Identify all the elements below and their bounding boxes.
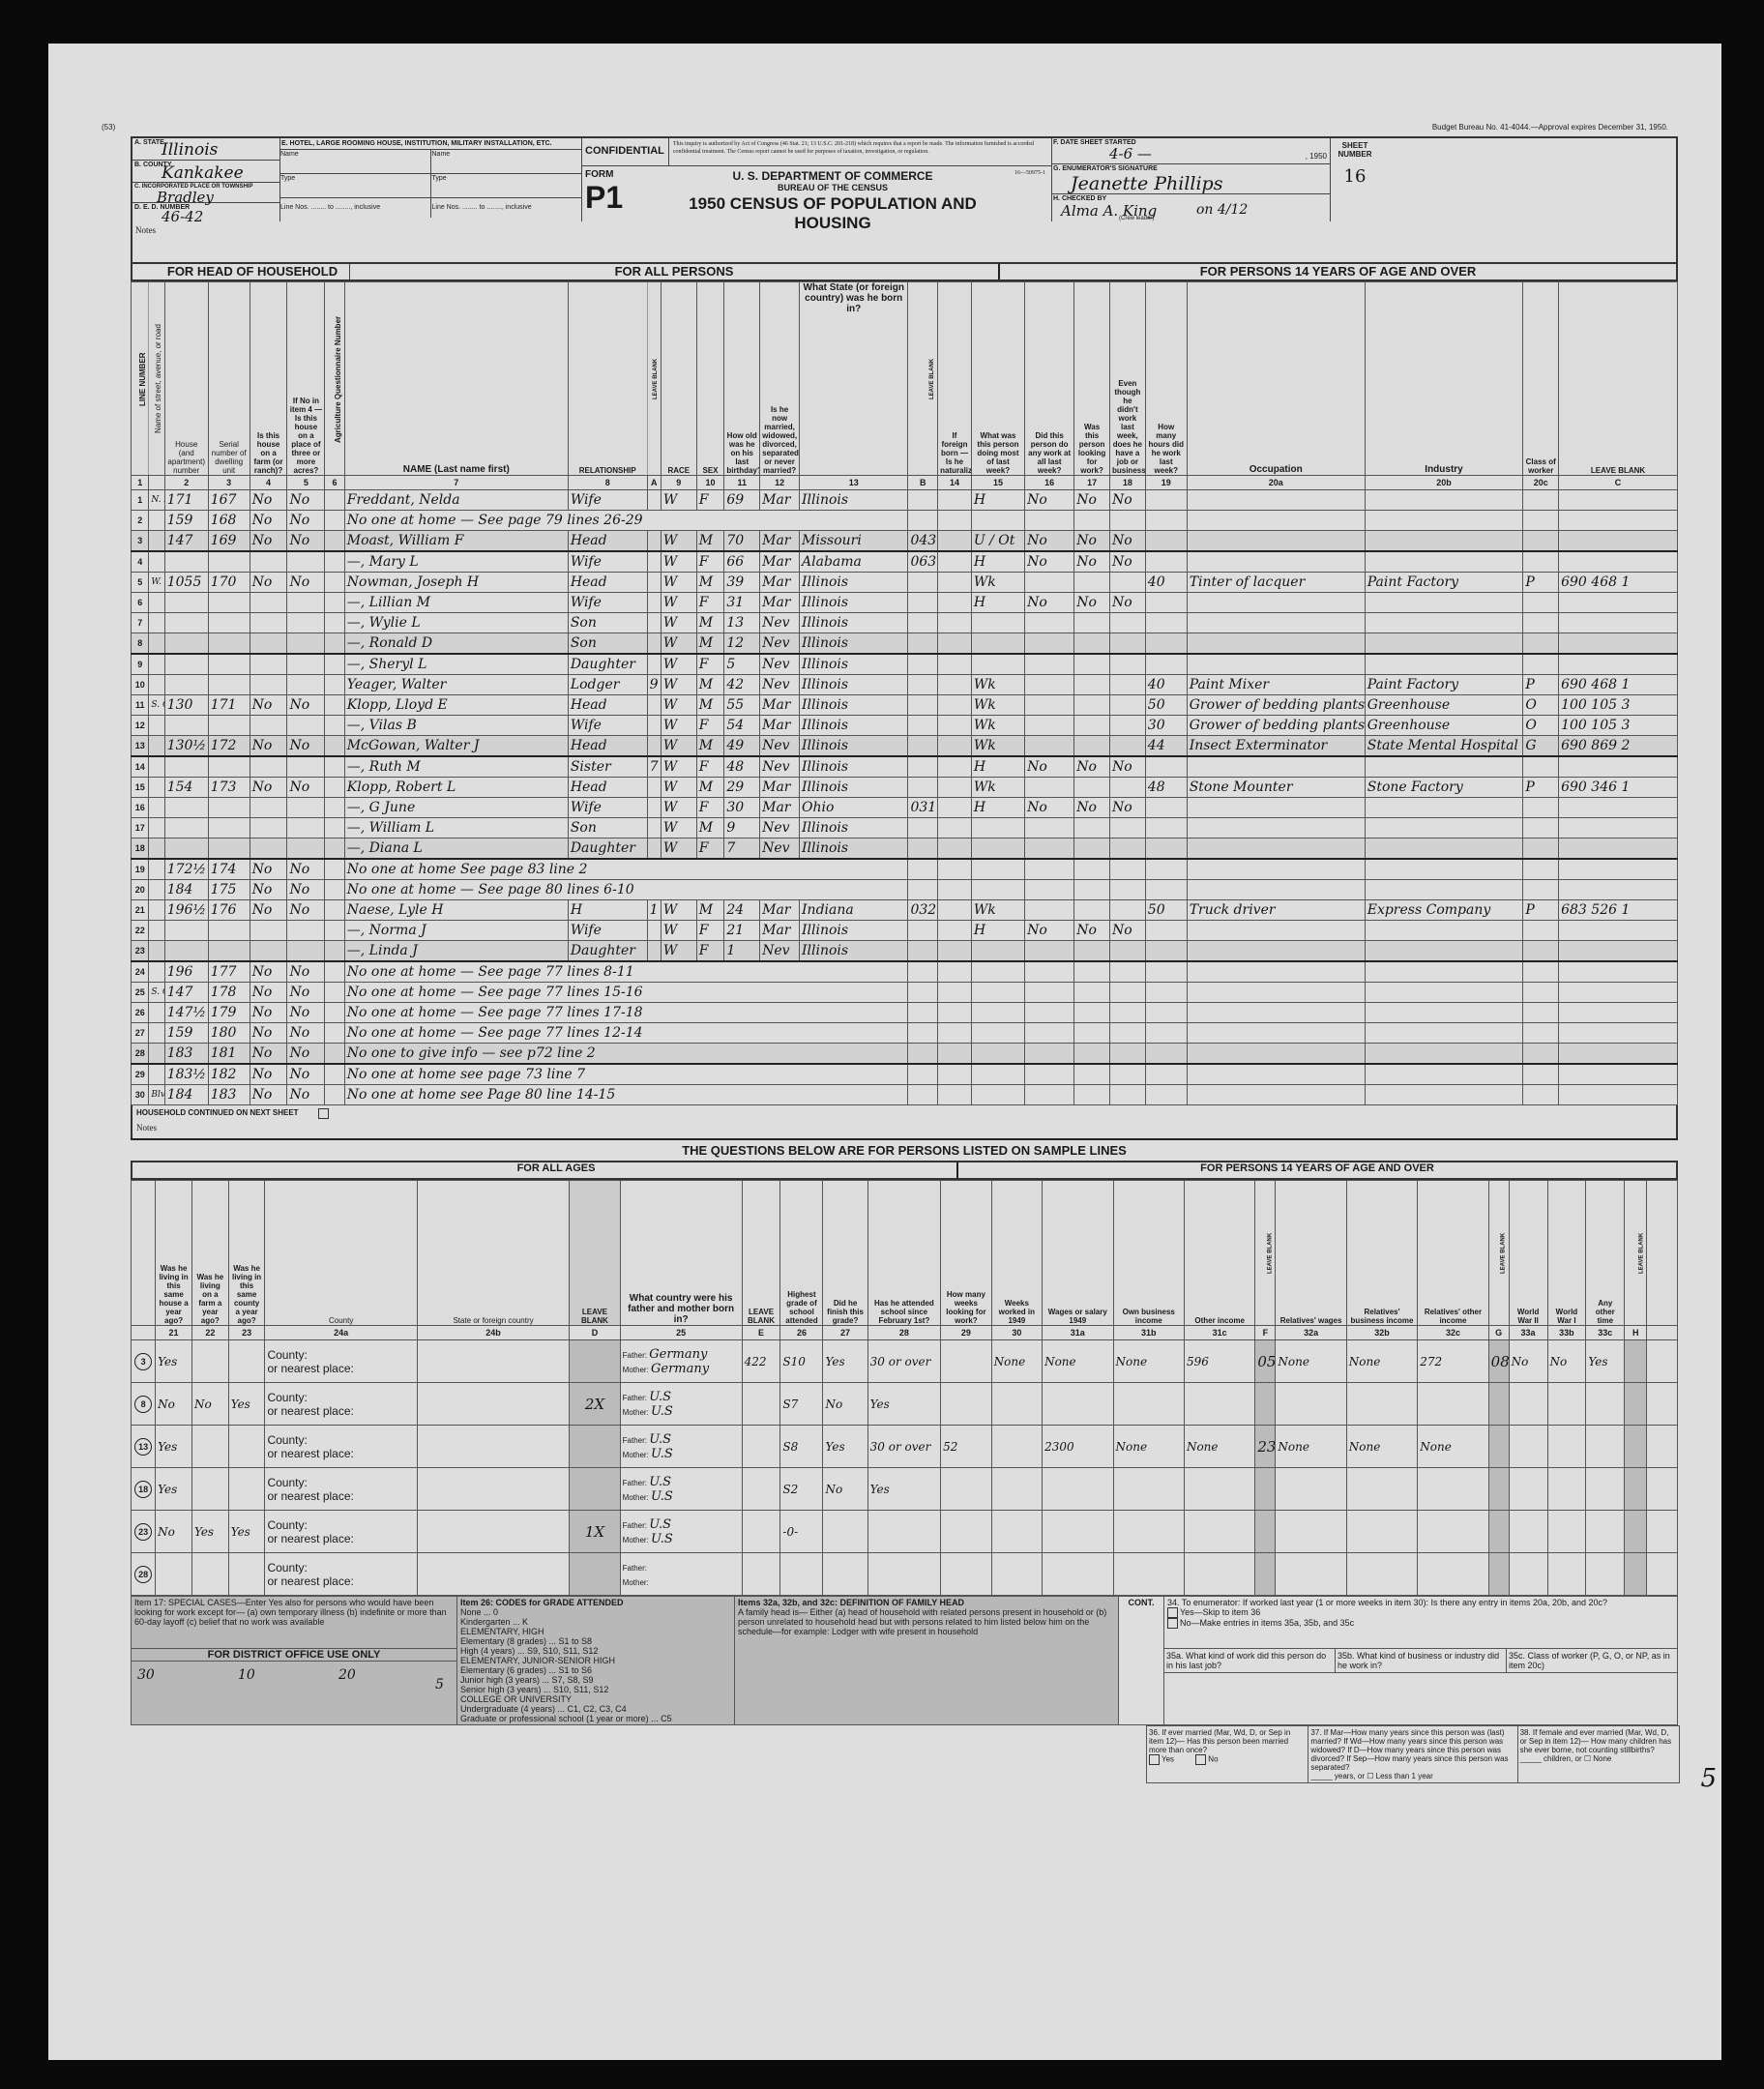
industry[interactable]	[1365, 941, 1523, 962]
naturalized[interactable]	[938, 531, 972, 552]
sample-weeks-work[interactable]	[991, 1383, 1042, 1426]
farm-answer[interactable]: No	[250, 859, 287, 880]
leave-blank-a[interactable]	[647, 573, 661, 593]
farm-answer[interactable]	[250, 551, 287, 573]
industry[interactable]	[1365, 511, 1523, 531]
line-number[interactable]: 30	[132, 1085, 149, 1105]
age[interactable]: 55	[724, 695, 760, 716]
leave-blank-a[interactable]	[647, 551, 661, 573]
line-number[interactable]: 7	[132, 613, 149, 633]
ag-questionnaire[interactable]	[325, 900, 344, 921]
dwelling-serial[interactable]	[208, 921, 250, 941]
acres-answer[interactable]: No	[287, 1085, 325, 1105]
sex[interactable]: M	[696, 818, 724, 839]
ag-questionnaire[interactable]	[325, 551, 344, 573]
race[interactable]: W	[661, 695, 696, 716]
house-number[interactable]: 147	[164, 531, 208, 552]
has-job[interactable]: No	[1109, 593, 1145, 613]
acres-answer[interactable]	[287, 633, 325, 655]
leave-blank-a[interactable]	[647, 736, 661, 757]
activity[interactable]	[971, 654, 1024, 675]
farm-answer[interactable]: No	[250, 531, 287, 552]
class-of-worker[interactable]	[1523, 756, 1559, 778]
line-number[interactable]: 20	[132, 880, 149, 900]
naturalized[interactable]	[938, 941, 972, 962]
leave-blank-c[interactable]	[1559, 798, 1678, 818]
sample-other[interactable]	[1586, 1468, 1625, 1511]
house-number[interactable]: 130	[164, 695, 208, 716]
has-job[interactable]	[1109, 818, 1145, 839]
class-of-worker[interactable]	[1523, 1023, 1559, 1044]
hours-worked[interactable]	[1145, 1064, 1187, 1085]
worked[interactable]	[1025, 983, 1074, 1003]
looking[interactable]	[1074, 839, 1110, 860]
dwelling-serial[interactable]	[208, 756, 250, 778]
occupation[interactable]	[1187, 859, 1365, 880]
looking[interactable]	[1074, 1064, 1110, 1085]
leave-blank-c[interactable]	[1559, 1085, 1678, 1105]
sample-q23[interactable]	[228, 1553, 265, 1596]
farm-answer[interactable]	[250, 756, 287, 778]
marital-status[interactable]: Nev	[760, 675, 800, 695]
hours-worked[interactable]: 30	[1145, 716, 1187, 736]
farm-answer[interactable]	[250, 593, 287, 613]
leave-blank-b[interactable]: 063	[908, 551, 938, 573]
acres-answer[interactable]	[287, 756, 325, 778]
activity[interactable]	[971, 1085, 1024, 1105]
looking[interactable]	[1074, 675, 1110, 695]
class-of-worker[interactable]	[1523, 798, 1559, 818]
leave-blank-a[interactable]	[647, 695, 661, 716]
naturalized[interactable]	[938, 695, 972, 716]
sample-school[interactable]	[867, 1511, 941, 1553]
worked[interactable]	[1025, 1085, 1074, 1105]
looking[interactable]	[1074, 633, 1110, 655]
street-name[interactable]	[149, 551, 164, 573]
acres-answer[interactable]	[287, 613, 325, 633]
ag-questionnaire[interactable]	[325, 941, 344, 962]
naturalized[interactable]	[938, 1023, 972, 1044]
line-number[interactable]: 9	[132, 654, 149, 675]
sample-finish[interactable]	[823, 1511, 867, 1553]
acres-answer[interactable]: No	[287, 1064, 325, 1085]
sample-grade[interactable]: S10	[780, 1340, 823, 1383]
looking[interactable]	[1074, 900, 1110, 921]
leave-blank-a[interactable]: 9	[647, 675, 661, 695]
activity[interactable]	[971, 818, 1024, 839]
activity[interactable]: H	[971, 756, 1024, 778]
acres-answer[interactable]: No	[287, 573, 325, 593]
occupation[interactable]	[1187, 921, 1365, 941]
relationship[interactable]: Head	[568, 695, 647, 716]
dwelling-serial[interactable]: 180	[208, 1023, 250, 1044]
farm-answer[interactable]	[250, 921, 287, 941]
industry[interactable]	[1365, 756, 1523, 778]
person-name[interactable]: —, Linda J	[344, 941, 568, 962]
hotel-name-2[interactable]: Name	[431, 150, 582, 174]
ag-questionnaire[interactable]	[325, 1085, 344, 1105]
sample-w31c[interactable]	[1184, 1383, 1254, 1426]
marital-status[interactable]: Nev	[760, 633, 800, 655]
leave-blank-d[interactable]	[570, 1340, 620, 1383]
age[interactable]: 70	[724, 531, 760, 552]
looking[interactable]	[1074, 880, 1110, 900]
sample-w31a[interactable]	[1043, 1383, 1113, 1426]
street-name[interactable]	[149, 1023, 164, 1044]
street-name[interactable]	[149, 613, 164, 633]
prior-county[interactable]: County:or nearest place:	[265, 1383, 417, 1426]
has-job[interactable]	[1109, 1044, 1145, 1065]
sex[interactable]: F	[696, 839, 724, 860]
acres-answer[interactable]	[287, 941, 325, 962]
has-job[interactable]: No	[1109, 756, 1145, 778]
acres-answer[interactable]: No	[287, 695, 325, 716]
sample-w31c[interactable]: None	[1184, 1426, 1254, 1468]
dwelling-serial[interactable]: 175	[208, 880, 250, 900]
sex[interactable]: M	[696, 900, 724, 921]
has-job[interactable]	[1109, 633, 1145, 655]
worked[interactable]	[1025, 511, 1074, 531]
hotel-type-2[interactable]: Type	[431, 174, 582, 198]
occupation[interactable]	[1187, 798, 1365, 818]
ag-questionnaire[interactable]	[325, 778, 344, 798]
farm-answer[interactable]: No	[250, 490, 287, 511]
house-number[interactable]: 147½	[164, 1003, 208, 1023]
hotel-lines-2[interactable]: Line Nos. ........ to ........, inclusiv…	[431, 198, 582, 217]
dwelling-serial[interactable]: 181	[208, 1044, 250, 1065]
sample-grade[interactable]: -0-	[780, 1511, 823, 1553]
activity[interactable]: H	[971, 593, 1024, 613]
leave-blank-c[interactable]	[1559, 880, 1678, 900]
hours-worked[interactable]	[1145, 983, 1187, 1003]
sample-q21[interactable]: Yes	[156, 1468, 192, 1511]
line-number[interactable]: 15	[132, 778, 149, 798]
naturalized[interactable]	[938, 654, 972, 675]
activity[interactable]: U / Ot	[971, 531, 1024, 552]
dwelling-serial[interactable]: 170	[208, 573, 250, 593]
leave-blank-c[interactable]	[1559, 654, 1678, 675]
age[interactable]: 48	[724, 756, 760, 778]
sex[interactable]: M	[696, 573, 724, 593]
street-name[interactable]	[149, 818, 164, 839]
occupation[interactable]: Grower of bedding plants	[1187, 716, 1365, 736]
looking[interactable]: No	[1074, 593, 1110, 613]
activity[interactable]	[971, 613, 1024, 633]
naturalized[interactable]	[938, 839, 972, 860]
race[interactable]: W	[661, 818, 696, 839]
activity[interactable]	[971, 1064, 1024, 1085]
hours-worked[interactable]	[1145, 1003, 1187, 1023]
looking[interactable]	[1074, 716, 1110, 736]
leave-blank-a[interactable]	[647, 798, 661, 818]
sample-grade[interactable]: S7	[780, 1383, 823, 1426]
dwelling-serial[interactable]: 183	[208, 1085, 250, 1105]
race[interactable]: W	[661, 613, 696, 633]
sample-q23[interactable]	[228, 1468, 265, 1511]
acres-answer[interactable]	[287, 839, 325, 860]
naturalized[interactable]	[938, 716, 972, 736]
leave-blank-d[interactable]	[570, 1426, 620, 1468]
acres-answer[interactable]: No	[287, 1023, 325, 1044]
line-number[interactable]: 14	[132, 756, 149, 778]
prior-state[interactable]	[417, 1553, 569, 1596]
person-name[interactable]: No one at home — See page 79 lines 26-29	[344, 511, 908, 531]
relationship[interactable]: Wife	[568, 490, 647, 511]
hours-worked[interactable]: 44	[1145, 736, 1187, 757]
sample-q22[interactable]	[191, 1426, 228, 1468]
worked[interactable]	[1025, 880, 1074, 900]
activity[interactable]	[971, 511, 1024, 531]
leave-blank-b[interactable]	[908, 593, 938, 613]
leave-blank-c[interactable]	[1559, 613, 1678, 633]
leave-blank-d[interactable]: 1X	[570, 1511, 620, 1553]
line-number[interactable]: 25	[132, 983, 149, 1003]
leave-blank-b[interactable]	[908, 716, 938, 736]
worked[interactable]	[1025, 1044, 1074, 1065]
has-job[interactable]	[1109, 941, 1145, 962]
leave-blank-d[interactable]: 2X	[570, 1383, 620, 1426]
has-job[interactable]	[1109, 1085, 1145, 1105]
person-name[interactable]: Naese, Lyle H	[344, 900, 568, 921]
hours-worked[interactable]	[1145, 1044, 1187, 1065]
sample-finish[interactable]: Yes	[823, 1426, 867, 1468]
dwelling-serial[interactable]	[208, 716, 250, 736]
race[interactable]: W	[661, 716, 696, 736]
dwelling-serial[interactable]	[208, 633, 250, 655]
house-number[interactable]	[164, 593, 208, 613]
person-name[interactable]: —, Sheryl L	[344, 654, 568, 675]
leave-blank-b[interactable]	[908, 859, 938, 880]
line-number[interactable]: 29	[132, 1064, 149, 1085]
house-number[interactable]	[164, 798, 208, 818]
class-of-worker[interactable]: P	[1523, 573, 1559, 593]
naturalized[interactable]	[938, 921, 972, 941]
leave-blank-a[interactable]	[647, 531, 661, 552]
worked[interactable]	[1025, 1023, 1074, 1044]
relationship[interactable]: Head	[568, 736, 647, 757]
leave-blank-b[interactable]	[908, 1023, 938, 1044]
hours-worked[interactable]: 48	[1145, 778, 1187, 798]
has-job[interactable]	[1109, 900, 1145, 921]
leave-blank-b[interactable]	[908, 921, 938, 941]
class-of-worker[interactable]	[1523, 818, 1559, 839]
sample-w31a[interactable]	[1043, 1511, 1113, 1553]
naturalized[interactable]	[938, 573, 972, 593]
sample-w32b[interactable]	[1346, 1468, 1417, 1511]
street-name[interactable]	[149, 839, 164, 860]
industry[interactable]: Express Company	[1365, 900, 1523, 921]
sample-finish[interactable]: No	[823, 1468, 867, 1511]
street-name[interactable]	[149, 921, 164, 941]
line-number[interactable]: 22	[132, 921, 149, 941]
class-of-worker[interactable]	[1523, 613, 1559, 633]
age[interactable]: 9	[724, 818, 760, 839]
person-name[interactable]: Yeager, Walter	[344, 675, 568, 695]
house-number[interactable]	[164, 839, 208, 860]
birthplace[interactable]: Alabama	[800, 551, 908, 573]
occupation[interactable]	[1187, 1064, 1365, 1085]
leave-blank-f[interactable]	[1255, 1511, 1276, 1553]
class-of-worker[interactable]	[1523, 880, 1559, 900]
acres-answer[interactable]: No	[287, 961, 325, 983]
sample-weeks-work[interactable]: None	[991, 1340, 1042, 1383]
age[interactable]: 12	[724, 633, 760, 655]
sample-weeks-look[interactable]	[941, 1553, 991, 1596]
industry[interactable]	[1365, 880, 1523, 900]
leave-blank-h[interactable]	[1625, 1553, 1647, 1596]
sample-school[interactable]: Yes	[867, 1468, 941, 1511]
sample-ww1[interactable]: No	[1547, 1340, 1586, 1383]
activity[interactable]: Wk	[971, 900, 1024, 921]
sample-weeks-look[interactable]	[941, 1383, 991, 1426]
house-number[interactable]: 159	[164, 1023, 208, 1044]
sample-w32c[interactable]	[1418, 1553, 1488, 1596]
sample-q22[interactable]: No	[191, 1383, 228, 1426]
worked[interactable]	[1025, 716, 1074, 736]
street-name[interactable]: Blvd	[149, 1085, 164, 1105]
has-job[interactable]: No	[1109, 531, 1145, 552]
age[interactable]: 21	[724, 921, 760, 941]
sex[interactable]: F	[696, 716, 724, 736]
looking[interactable]: No	[1074, 490, 1110, 511]
class-of-worker[interactable]	[1523, 593, 1559, 613]
leave-blank-h[interactable]	[1625, 1468, 1647, 1511]
hotel-lines-1[interactable]: Line Nos. ........ to ........, inclusiv…	[279, 198, 430, 217]
activity[interactable]	[971, 633, 1024, 655]
leave-blank-a[interactable]	[647, 633, 661, 655]
sample-w31a[interactable]	[1043, 1553, 1113, 1596]
looking[interactable]: No	[1074, 798, 1110, 818]
has-job[interactable]: No	[1109, 490, 1145, 511]
sample-weeks-look[interactable]	[941, 1468, 991, 1511]
occupation[interactable]	[1187, 839, 1365, 860]
sample-q21[interactable]: Yes	[156, 1340, 192, 1383]
occupation[interactable]	[1187, 983, 1365, 1003]
looking[interactable]	[1074, 1023, 1110, 1044]
leave-blank-b[interactable]	[908, 756, 938, 778]
sample-ww1[interactable]	[1547, 1426, 1586, 1468]
has-job[interactable]	[1109, 511, 1145, 531]
age[interactable]: 13	[724, 613, 760, 633]
leave-blank-b[interactable]	[908, 695, 938, 716]
leave-blank-c[interactable]: 690 346 1	[1559, 778, 1678, 798]
sample-w32a[interactable]	[1276, 1468, 1346, 1511]
industry[interactable]	[1365, 798, 1523, 818]
person-name[interactable]: —, Ronald D	[344, 633, 568, 655]
hours-worked[interactable]	[1145, 531, 1187, 552]
acres-answer[interactable]: No	[287, 511, 325, 531]
relationship[interactable]: Head	[568, 778, 647, 798]
person-name[interactable]: —, Lillian M	[344, 593, 568, 613]
line-number[interactable]: 5	[132, 573, 149, 593]
dwelling-serial[interactable]: 174	[208, 859, 250, 880]
has-job[interactable]	[1109, 695, 1145, 716]
sex[interactable]: M	[696, 695, 724, 716]
house-number[interactable]	[164, 756, 208, 778]
farm-answer[interactable]: No	[250, 778, 287, 798]
occupation[interactable]	[1187, 654, 1365, 675]
sample-ww2[interactable]	[1509, 1511, 1547, 1553]
marital-status[interactable]: Nev	[760, 756, 800, 778]
activity[interactable]	[971, 941, 1024, 962]
occupation[interactable]	[1187, 490, 1365, 511]
marital-status[interactable]: Mar	[760, 900, 800, 921]
activity[interactable]: Wk	[971, 736, 1024, 757]
leave-blank-g[interactable]	[1488, 1511, 1509, 1553]
leave-blank-b[interactable]	[908, 778, 938, 798]
leave-blank-f[interactable]	[1255, 1383, 1276, 1426]
class-of-worker[interactable]	[1523, 1064, 1559, 1085]
house-number[interactable]	[164, 716, 208, 736]
sample-q23[interactable]: Yes	[228, 1383, 265, 1426]
hours-worked[interactable]	[1145, 839, 1187, 860]
leave-blank-a[interactable]	[647, 941, 661, 962]
prior-state[interactable]	[417, 1426, 569, 1468]
occupation[interactable]	[1187, 633, 1365, 655]
marital-status[interactable]: Mar	[760, 593, 800, 613]
leave-blank-c[interactable]	[1559, 490, 1678, 511]
has-job[interactable]	[1109, 880, 1145, 900]
ag-questionnaire[interactable]	[325, 593, 344, 613]
person-name[interactable]: No one at home — See page 77 lines 17-18	[344, 1003, 908, 1023]
worked[interactable]: No	[1025, 798, 1074, 818]
leave-blank-c[interactable]	[1559, 859, 1678, 880]
hours-worked[interactable]	[1145, 633, 1187, 655]
person-name[interactable]: Klopp, Robert L	[344, 778, 568, 798]
activity[interactable]	[971, 859, 1024, 880]
farm-answer[interactable]: No	[250, 1064, 287, 1085]
age[interactable]: 24	[724, 900, 760, 921]
race[interactable]: W	[661, 593, 696, 613]
farm-answer[interactable]: No	[250, 695, 287, 716]
birthplace[interactable]: Illinois	[800, 613, 908, 633]
dwelling-serial[interactable]: 171	[208, 695, 250, 716]
naturalized[interactable]	[938, 551, 972, 573]
hours-worked[interactable]	[1145, 490, 1187, 511]
age[interactable]: 1	[724, 941, 760, 962]
sample-w31c[interactable]	[1184, 1468, 1254, 1511]
person-name[interactable]: No one at home — See page 80 lines 6-10	[344, 880, 908, 900]
race[interactable]: W	[661, 798, 696, 818]
activity[interactable]: H	[971, 490, 1024, 511]
class-of-worker[interactable]	[1523, 1085, 1559, 1105]
has-job[interactable]	[1109, 736, 1145, 757]
sample-w31b[interactable]	[1113, 1383, 1184, 1426]
dwelling-serial[interactable]: 182	[208, 1064, 250, 1085]
industry[interactable]	[1365, 593, 1523, 613]
marital-status[interactable]: Nev	[760, 654, 800, 675]
hours-worked[interactable]: 40	[1145, 573, 1187, 593]
occupation[interactable]: Stone Mounter	[1187, 778, 1365, 798]
sample-w32a[interactable]	[1276, 1511, 1346, 1553]
occupation[interactable]	[1187, 941, 1365, 962]
sample-w31b[interactable]: None	[1113, 1426, 1184, 1468]
leave-blank-c[interactable]: 690 468 1	[1559, 675, 1678, 695]
person-name[interactable]: —, Norma J	[344, 921, 568, 941]
industry[interactable]: Paint Factory	[1365, 573, 1523, 593]
prior-county[interactable]: County:or nearest place:	[265, 1340, 417, 1383]
birthplace[interactable]: Illinois	[800, 736, 908, 757]
leave-blank-b[interactable]	[908, 941, 938, 962]
ag-questionnaire[interactable]	[325, 511, 344, 531]
acres-answer[interactable]: No	[287, 983, 325, 1003]
farm-answer[interactable]	[250, 798, 287, 818]
leave-blank-a[interactable]	[647, 490, 661, 511]
occupation[interactable]	[1187, 1023, 1365, 1044]
activity[interactable]	[971, 961, 1024, 983]
street-name[interactable]: S. Grand	[149, 983, 164, 1003]
person-name[interactable]: No one at home — See page 77 lines 12-14	[344, 1023, 908, 1044]
